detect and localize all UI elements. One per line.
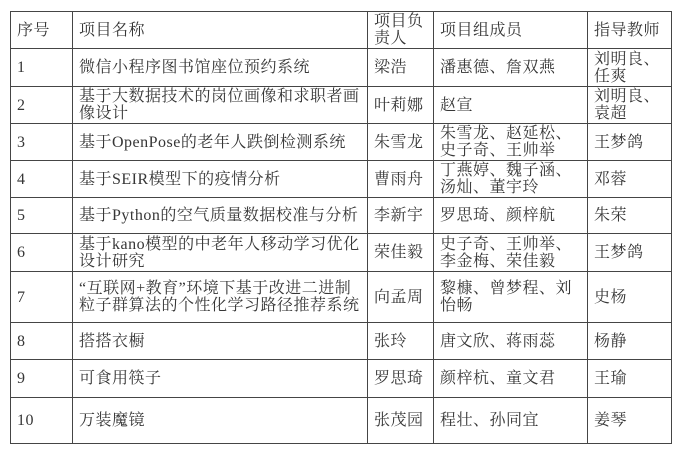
cell-name: 微信小程序图书馆座位预约系统	[73, 49, 368, 87]
cell-leader: 梁浩	[368, 49, 434, 87]
cell-teacher: 王梦鸽	[588, 234, 672, 272]
cell-leader: 叶莉娜	[368, 87, 434, 124]
header-no: 序号	[11, 12, 73, 49]
cell-members: 颜梓杭、童文君	[434, 360, 588, 398]
cell-no: 1	[11, 49, 73, 87]
cell-name: 基于Python的空气质量数据校准与分析	[73, 198, 368, 234]
cell-leader: 曹雨舟	[368, 161, 434, 198]
cell-teacher: 姜琴	[588, 398, 672, 444]
cell-name: 搭搭衣橱	[73, 323, 368, 360]
cell-name: 基于OpenPose的老年人跌倒检测系统	[73, 124, 368, 161]
cell-teacher: 史杨	[588, 272, 672, 323]
cell-teacher: 朱荣	[588, 198, 672, 234]
table-row: 3 基于OpenPose的老年人跌倒检测系统 朱雪龙 朱雪龙、赵延松、史子奇、王…	[11, 124, 672, 161]
header-teacher: 指导教师	[588, 12, 672, 49]
cell-teacher: 邓蓉	[588, 161, 672, 198]
cell-members: 唐文欣、蒋雨蕊	[434, 323, 588, 360]
table-row: 8 搭搭衣橱 张玲 唐文欣、蒋雨蕊 杨静	[11, 323, 672, 360]
cell-no: 10	[11, 398, 73, 444]
cell-leader: 朱雪龙	[368, 124, 434, 161]
cell-no: 2	[11, 87, 73, 124]
cell-no: 7	[11, 272, 73, 323]
table-row: 9 可食用筷子 罗思琦 颜梓杭、童文君 王瑜	[11, 360, 672, 398]
cell-members: 程壮、孙同宜	[434, 398, 588, 444]
cell-no: 9	[11, 360, 73, 398]
table-row: 6 基于kano模型的中老年人移动学习优化设计研究 荣佳毅 史子奇、王帅举、李金…	[11, 234, 672, 272]
cell-members: 赵宣	[434, 87, 588, 124]
header-row: 序号 项目名称 项目负责人 项目组成员 指导教师	[11, 12, 672, 49]
table-row: 4 基于SEIR模型下的疫情分析 曹雨舟 丁燕婷、魏子涵、汤灿、董宇玲 邓蓉	[11, 161, 672, 198]
project-table: 序号 项目名称 项目负责人 项目组成员 指导教师 1 微信小程序图书馆座位预约系…	[10, 11, 672, 444]
table-row: 10 万装魔镜 张茂园 程壮、孙同宜 姜琴	[11, 398, 672, 444]
cell-no: 3	[11, 124, 73, 161]
table-row: 1 微信小程序图书馆座位预约系统 梁浩 潘惠德、詹双燕 刘明良、任爽	[11, 49, 672, 87]
cell-members: 罗思琦、颜梓航	[434, 198, 588, 234]
table-row: 5 基于Python的空气质量数据校准与分析 李新宇 罗思琦、颜梓航 朱荣	[11, 198, 672, 234]
cell-name: 基于SEIR模型下的疫情分析	[73, 161, 368, 198]
cell-leader: 张茂园	[368, 398, 434, 444]
cell-name: 基于kano模型的中老年人移动学习优化设计研究	[73, 234, 368, 272]
cell-no: 6	[11, 234, 73, 272]
cell-leader: 张玲	[368, 323, 434, 360]
cell-name: 基于大数据技术的岗位画像和求职者画像设计	[73, 87, 368, 124]
cell-name: 万装魔镜	[73, 398, 368, 444]
cell-leader: 罗思琦	[368, 360, 434, 398]
cell-teacher: 王瑜	[588, 360, 672, 398]
header-name: 项目名称	[73, 12, 368, 49]
cell-members: 史子奇、王帅举、李金梅、荣佳毅	[434, 234, 588, 272]
cell-no: 5	[11, 198, 73, 234]
cell-leader: 荣佳毅	[368, 234, 434, 272]
cell-name: 可食用筷子	[73, 360, 368, 398]
cell-teacher: 王梦鸽	[588, 124, 672, 161]
cell-members: 朱雪龙、赵延松、史子奇、王帅举	[434, 124, 588, 161]
table-row: 2 基于大数据技术的岗位画像和求职者画像设计 叶莉娜 赵宣 刘明良、袁超	[11, 87, 672, 124]
header-members: 项目组成员	[434, 12, 588, 49]
cell-leader: 李新宇	[368, 198, 434, 234]
header-leader: 项目负责人	[368, 12, 434, 49]
cell-teacher: 杨静	[588, 323, 672, 360]
cell-no: 4	[11, 161, 73, 198]
table-row: 7 “互联网+教育”环境下基于改进二进制粒子群算法的个性化学习路径推荐系统 向孟…	[11, 272, 672, 323]
cell-members: 黎槺、曾梦程、刘怡畅	[434, 272, 588, 323]
cell-name: “互联网+教育”环境下基于改进二进制粒子群算法的个性化学习路径推荐系统	[73, 272, 368, 323]
cell-teacher: 刘明良、袁超	[588, 87, 672, 124]
cell-no: 8	[11, 323, 73, 360]
cell-teacher: 刘明良、任爽	[588, 49, 672, 87]
cell-members: 丁燕婷、魏子涵、汤灿、董宇玲	[434, 161, 588, 198]
cell-leader: 向孟周	[368, 272, 434, 323]
cell-members: 潘惠德、詹双燕	[434, 49, 588, 87]
